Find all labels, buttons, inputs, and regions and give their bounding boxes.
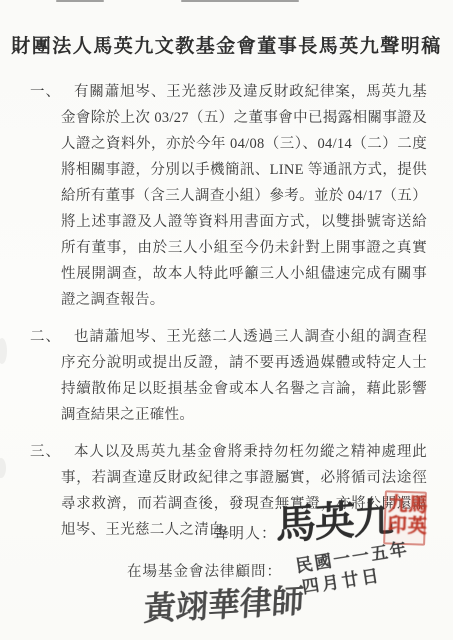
signature-area: 聲明人： 馬英九 馬英九印 民國一一五年 四月廿日 在場基金會法律顧問： 黃翊華… bbox=[0, 0, 453, 640]
statement-document: 財團法人馬英九文教基金會董事長馬英九聲明稿 一、 有關蕭旭岑、王光慈涉及違反財政… bbox=[0, 0, 453, 640]
ma-yingjeou-signature: 馬英九 bbox=[276, 486, 393, 551]
red-seal: 馬英九印 bbox=[383, 490, 427, 545]
counsel-signature: 黃翊華律師 bbox=[143, 576, 305, 631]
signer-label: 聲明人： bbox=[213, 522, 277, 543]
red-seal-characters: 馬英九印 bbox=[385, 493, 427, 542]
